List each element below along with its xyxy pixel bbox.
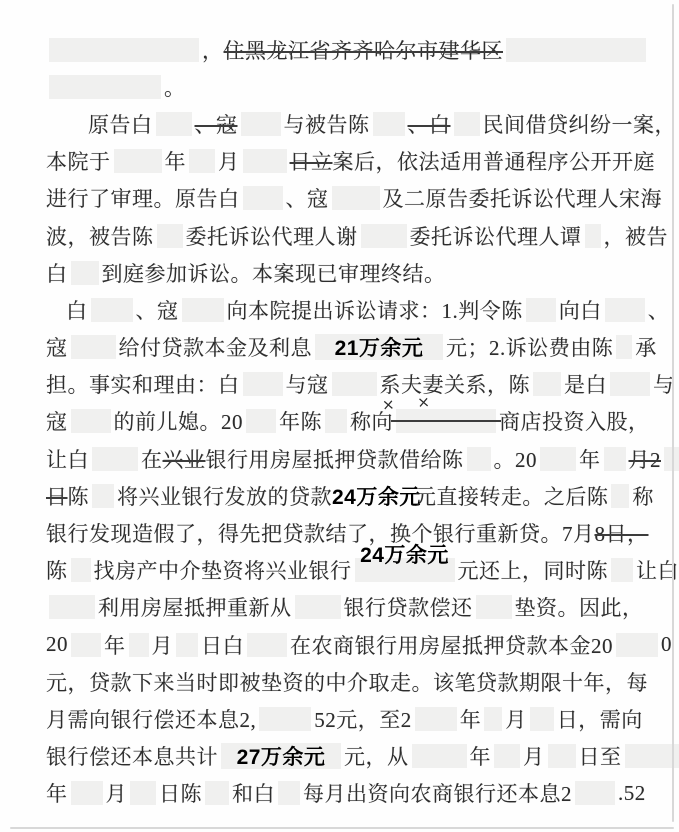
redaction-box	[247, 633, 287, 657]
redaction-box	[412, 744, 467, 768]
redaction-box	[241, 112, 281, 136]
document-line: 月需向银行偿还本息2,52元，至2年月日，需向	[46, 700, 646, 737]
redaction-box	[49, 38, 199, 62]
document-line: 本院于年月日立案后，依法适用普通程序公开开庭	[46, 143, 646, 180]
redaction-box	[540, 447, 576, 471]
redaction-box	[361, 224, 407, 248]
document-line: 20年月日白在农商银行用房屋抵押贷款本金200	[46, 626, 646, 663]
redaction-box	[506, 38, 646, 62]
text-run: 。	[164, 72, 186, 102]
amount-annotation-box: 21万余元	[315, 334, 443, 360]
text-run: ，	[202, 35, 224, 65]
text-run: 本院于	[46, 146, 111, 176]
text-run: 银行贷款偿还	[344, 592, 473, 622]
text-run: 月需向银行偿还本息2,	[46, 704, 256, 734]
redaction-box	[295, 595, 341, 619]
text-run: 委托诉讼代理人谢	[186, 221, 358, 251]
redaction-box	[494, 744, 520, 768]
text-run: 向本院提出诉讼请求：1.判令陈	[227, 295, 523, 325]
text-run: 案后，依法适用普通程序公开开庭	[333, 146, 656, 176]
redaction-box	[415, 707, 457, 731]
text-run: 日白	[201, 630, 244, 660]
text-run: 在	[141, 444, 163, 474]
struck-text: 、白	[408, 109, 451, 139]
redaction-box	[616, 335, 632, 359]
text-run: 元还上，同时陈	[458, 555, 609, 585]
text-run: 月	[505, 704, 527, 734]
document-line: ，住黑龙江省齐齐哈尔市建华区	[46, 31, 646, 68]
document-line: 寇的前儿媳。20年陈称向商店投资入股，	[46, 403, 646, 440]
struck-text: 兴业	[163, 444, 206, 474]
text-run: 银行发现造假了，得先把贷款结了，换个银行重新贷。7月	[46, 518, 595, 548]
text-run: 到庭参加诉讼。本案现已审理终结。	[102, 258, 446, 288]
text-run: 称	[632, 481, 654, 511]
text-run: 年	[165, 146, 187, 176]
text-run: 担。事实和理由：白	[46, 369, 240, 399]
text-run: 的前儿媳。20	[114, 406, 244, 436]
text-run: 银行偿还本息共计	[46, 741, 218, 771]
redaction-box	[246, 409, 276, 433]
document-line: 白到庭参加诉讼。本案现已审理终结。	[46, 254, 646, 291]
document-line: 。	[46, 68, 646, 105]
text-run: 是白	[564, 369, 607, 399]
redaction-box	[92, 447, 138, 471]
text-run: 日陈	[159, 778, 202, 808]
redaction-box	[278, 781, 300, 805]
redaction-box	[526, 298, 556, 322]
amount-annotation-box: 27万余元	[221, 743, 341, 769]
document-line: 陈找房产中介垫资将兴业银行24万余元元还上，同时陈让白	[46, 552, 646, 589]
document-line: 日陈将兴业银行发放的贷款24万余元元直接转走。之后陈称	[46, 477, 646, 514]
text-run: 和白	[232, 778, 275, 808]
text-run: 寇	[46, 332, 68, 362]
text-run: 银行用房屋抵押贷款借给陈	[206, 444, 464, 474]
document-text-block: ，住黑龙江省齐齐哈尔市建华区。原告白、寇与被告陈、白民间借贷纠纷一案，本院于年月…	[46, 31, 646, 812]
document-line: 担。事实和理由：白与寇系夫妻关系，陈是白与	[46, 366, 646, 403]
text-run: 日，需向	[557, 704, 643, 734]
text-run: 商店投资入股，	[499, 406, 650, 436]
document-page: ，住黑龙江省齐齐哈尔市建华区。原告白、寇与被告陈、白民间借贷纠纷一案，本院于年月…	[0, 0, 679, 832]
redaction-box	[332, 186, 380, 210]
text-run: 将兴业银行发放的贷款	[117, 481, 332, 511]
redaction-box	[332, 372, 377, 396]
redaction-box	[71, 335, 116, 359]
redaction-box	[476, 595, 512, 619]
text-run: 让白	[46, 444, 89, 474]
redaction-box	[467, 447, 491, 471]
document-line: 银行发现造假了，得先把贷款结了，换个银行重新贷。7月8日，	[46, 514, 646, 551]
text-run: ，被告	[604, 221, 669, 251]
document-line: 年月日陈和白每月出资向农商银行还本息2.52	[46, 775, 646, 812]
text-run: 月	[152, 630, 174, 660]
redaction-box	[49, 595, 95, 619]
redaction-box	[585, 224, 601, 248]
text-run: 与寇	[286, 369, 329, 399]
redaction-box	[49, 75, 161, 99]
redaction-box	[373, 112, 405, 136]
document-line: 利用房屋抵押重新从银行贷款偿还垫资。因此，	[46, 589, 646, 626]
text-run: 、	[648, 295, 670, 325]
text-run: 年	[579, 444, 601, 474]
redaction-box	[243, 149, 287, 173]
document-line: 寇给付贷款本金及利息21万余元元；2.诉讼费由陈承	[46, 329, 646, 366]
text-run: 向白	[559, 295, 602, 325]
redaction-box	[604, 447, 626, 471]
text-run: 元，从	[344, 741, 409, 771]
document-line: 让白在兴业银行用房屋抵押贷款借给陈。20年月2	[46, 440, 646, 477]
redaction-box	[176, 633, 198, 657]
text-run: 与被告陈	[284, 109, 370, 139]
redaction-box	[92, 484, 114, 508]
text-run: 承	[635, 332, 657, 362]
redaction-box	[530, 707, 554, 731]
redaction-box	[548, 744, 576, 768]
struck-text: 日	[46, 481, 68, 511]
redaction-box	[616, 633, 658, 657]
redaction-box	[625, 744, 679, 768]
text-run: 年	[104, 630, 126, 660]
text-run: 陈	[68, 481, 90, 511]
redaction-box	[243, 372, 283, 396]
redaction-box	[129, 633, 149, 657]
text-run: 、寇	[136, 295, 179, 325]
document-line: 元，贷款下来当时即被垫资的中介取走。该笔贷款期限十年，每	[46, 663, 646, 700]
struck-text: 日立	[290, 146, 333, 176]
document-line: 白、寇向本院提出诉讼请求：1.判令陈向白、	[46, 291, 646, 328]
text-run: 月	[106, 778, 128, 808]
redaction-box	[130, 781, 156, 805]
text-run: 元，贷款下来当时即被垫资的中介取走。该笔贷款期限十年，每	[46, 667, 648, 697]
text-run: 月	[218, 146, 240, 176]
text-run: .52	[618, 781, 646, 806]
text-run: 民间借贷纠纷一案，	[483, 109, 677, 139]
text-run: 陈	[46, 555, 68, 585]
redaction-box	[205, 781, 229, 805]
redaction-box	[157, 224, 183, 248]
redaction-box	[605, 298, 645, 322]
text-run: 日至	[579, 741, 622, 771]
amount-annotation: 21万余元	[335, 332, 424, 362]
text-run: 0	[661, 632, 672, 657]
text-run: 。20	[494, 444, 538, 474]
redaction-box	[611, 484, 629, 508]
document-line: 进行了审理。原告白、寇及二原告委托诉讼代理人宋海	[46, 180, 646, 217]
text-run: 每月出资向农商银行还本息2	[303, 778, 572, 808]
struck-text: 、寇	[195, 109, 238, 139]
page-edge-bottom	[10, 827, 674, 829]
amount-annotation-above: 24万余元	[360, 539, 449, 569]
struck-text: 8日，	[595, 518, 649, 548]
text-run: 月	[523, 741, 545, 771]
text-run: 年	[470, 741, 492, 771]
text-run: 给付贷款本金及利息	[119, 332, 313, 362]
struck-text: 住黑龙江省齐齐哈尔市建华区	[224, 35, 504, 65]
redaction-box	[243, 186, 283, 210]
text-run: 原告白	[88, 109, 153, 139]
text-run: 元；2.诉讼费由陈	[446, 332, 613, 362]
text-run: 元直接转走。之后陈	[415, 481, 609, 511]
text-run: 垫资。因此，	[515, 592, 644, 622]
text-run: 在农商银行用房屋抵押贷款本金20	[290, 630, 613, 660]
redaction-box	[71, 558, 91, 582]
redaction-box	[71, 261, 99, 285]
text-run: 20	[46, 632, 68, 657]
redaction-box	[610, 372, 650, 396]
redaction-box	[533, 372, 561, 396]
text-run: 、寇	[286, 183, 329, 213]
redaction-box	[189, 149, 215, 173]
redaction-box	[325, 409, 347, 433]
text-run: 52元，至2	[314, 704, 412, 734]
redaction-box	[91, 298, 133, 322]
redaction-box	[71, 781, 103, 805]
text-run: 波，被告陈	[46, 221, 154, 251]
redaction-box-struck	[396, 409, 496, 433]
text-run: 利用房屋抵押重新从	[98, 592, 292, 622]
struck-text: 月2	[629, 444, 662, 474]
redaction-box	[71, 409, 111, 433]
redaction-box	[156, 112, 192, 136]
document-line: 波，被告陈委托诉讼代理人谢委托诉讼代理人谭，被告	[46, 217, 646, 254]
amount-annotation: 24万余元	[332, 481, 421, 511]
text-run: 找房产中介垫资将兴业银行	[94, 555, 352, 585]
redaction-box	[71, 633, 101, 657]
text-run: 年陈	[279, 406, 322, 436]
text-run: 白	[46, 258, 68, 288]
text-run: 寇	[46, 406, 68, 436]
page-edge-right	[672, 4, 674, 822]
redaction-box	[454, 112, 480, 136]
document-line: 原告白、寇与被告陈、白民间借贷纠纷一案，	[46, 105, 646, 142]
redaction-box-with-amount: 24万余元	[355, 558, 455, 582]
document-line: 银行偿还本息共计27万余元元，从年月日至	[46, 738, 646, 775]
text-run: 年	[46, 778, 68, 808]
text-run: 白	[66, 295, 88, 325]
text-run: 及二原告委托诉讼代理人宋海	[383, 183, 663, 213]
text-run: 进行了审理。原告白	[46, 183, 240, 213]
redaction-box	[484, 707, 502, 731]
redaction-box	[114, 149, 162, 173]
redaction-box	[575, 781, 615, 805]
redaction-box	[259, 707, 311, 731]
redaction-box	[611, 558, 633, 582]
redaction-box	[182, 298, 224, 322]
text-run: 年	[460, 704, 482, 734]
amount-annotation: 27万余元	[237, 741, 326, 771]
text-run: 委托诉讼代理人谭	[410, 221, 582, 251]
